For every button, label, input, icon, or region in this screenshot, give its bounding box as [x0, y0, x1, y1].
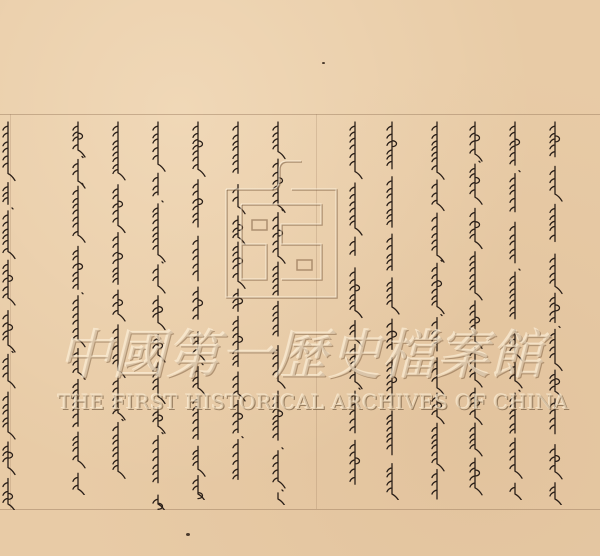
manchu-text-column	[427, 118, 447, 505]
watermark-char: 史	[328, 313, 382, 390]
archives-seal-logo-watermark	[222, 150, 342, 300]
watermark-english-text: THE FIRST HISTORICAL ARCHIVES OF CHINA	[58, 390, 538, 414]
manchu-text-column	[545, 118, 565, 505]
manchu-text-column	[108, 118, 128, 490]
top-margin-rule	[0, 114, 600, 115]
watermark-char: 館	[490, 313, 544, 390]
manchu-text-column	[68, 118, 88, 495]
ink-speck	[186, 533, 190, 536]
watermark-char: 檔	[382, 313, 436, 390]
watermark-char: 一	[220, 313, 274, 390]
manchu-text-column	[0, 118, 18, 510]
watermark-char: 歷	[274, 313, 328, 390]
watermark-char: 國	[112, 313, 166, 390]
archival-document-page: 中 國 第 一 歷 史 檔 案 館 THE FIRST HISTORICAL A…	[0, 0, 600, 556]
manchu-text-column	[382, 118, 402, 500]
watermark-char: 第	[166, 313, 220, 390]
manchu-text-column	[345, 118, 365, 500]
manchu-text-column	[188, 118, 208, 500]
ink-speck	[322, 62, 325, 64]
manchu-text-column	[505, 118, 525, 500]
watermark-char: 中	[58, 313, 112, 390]
watermark-chinese-text: 中 國 第 一 歷 史 檔 案 館	[58, 316, 528, 386]
bottom-margin-rule	[0, 509, 600, 510]
watermark-char: 案	[436, 313, 490, 390]
